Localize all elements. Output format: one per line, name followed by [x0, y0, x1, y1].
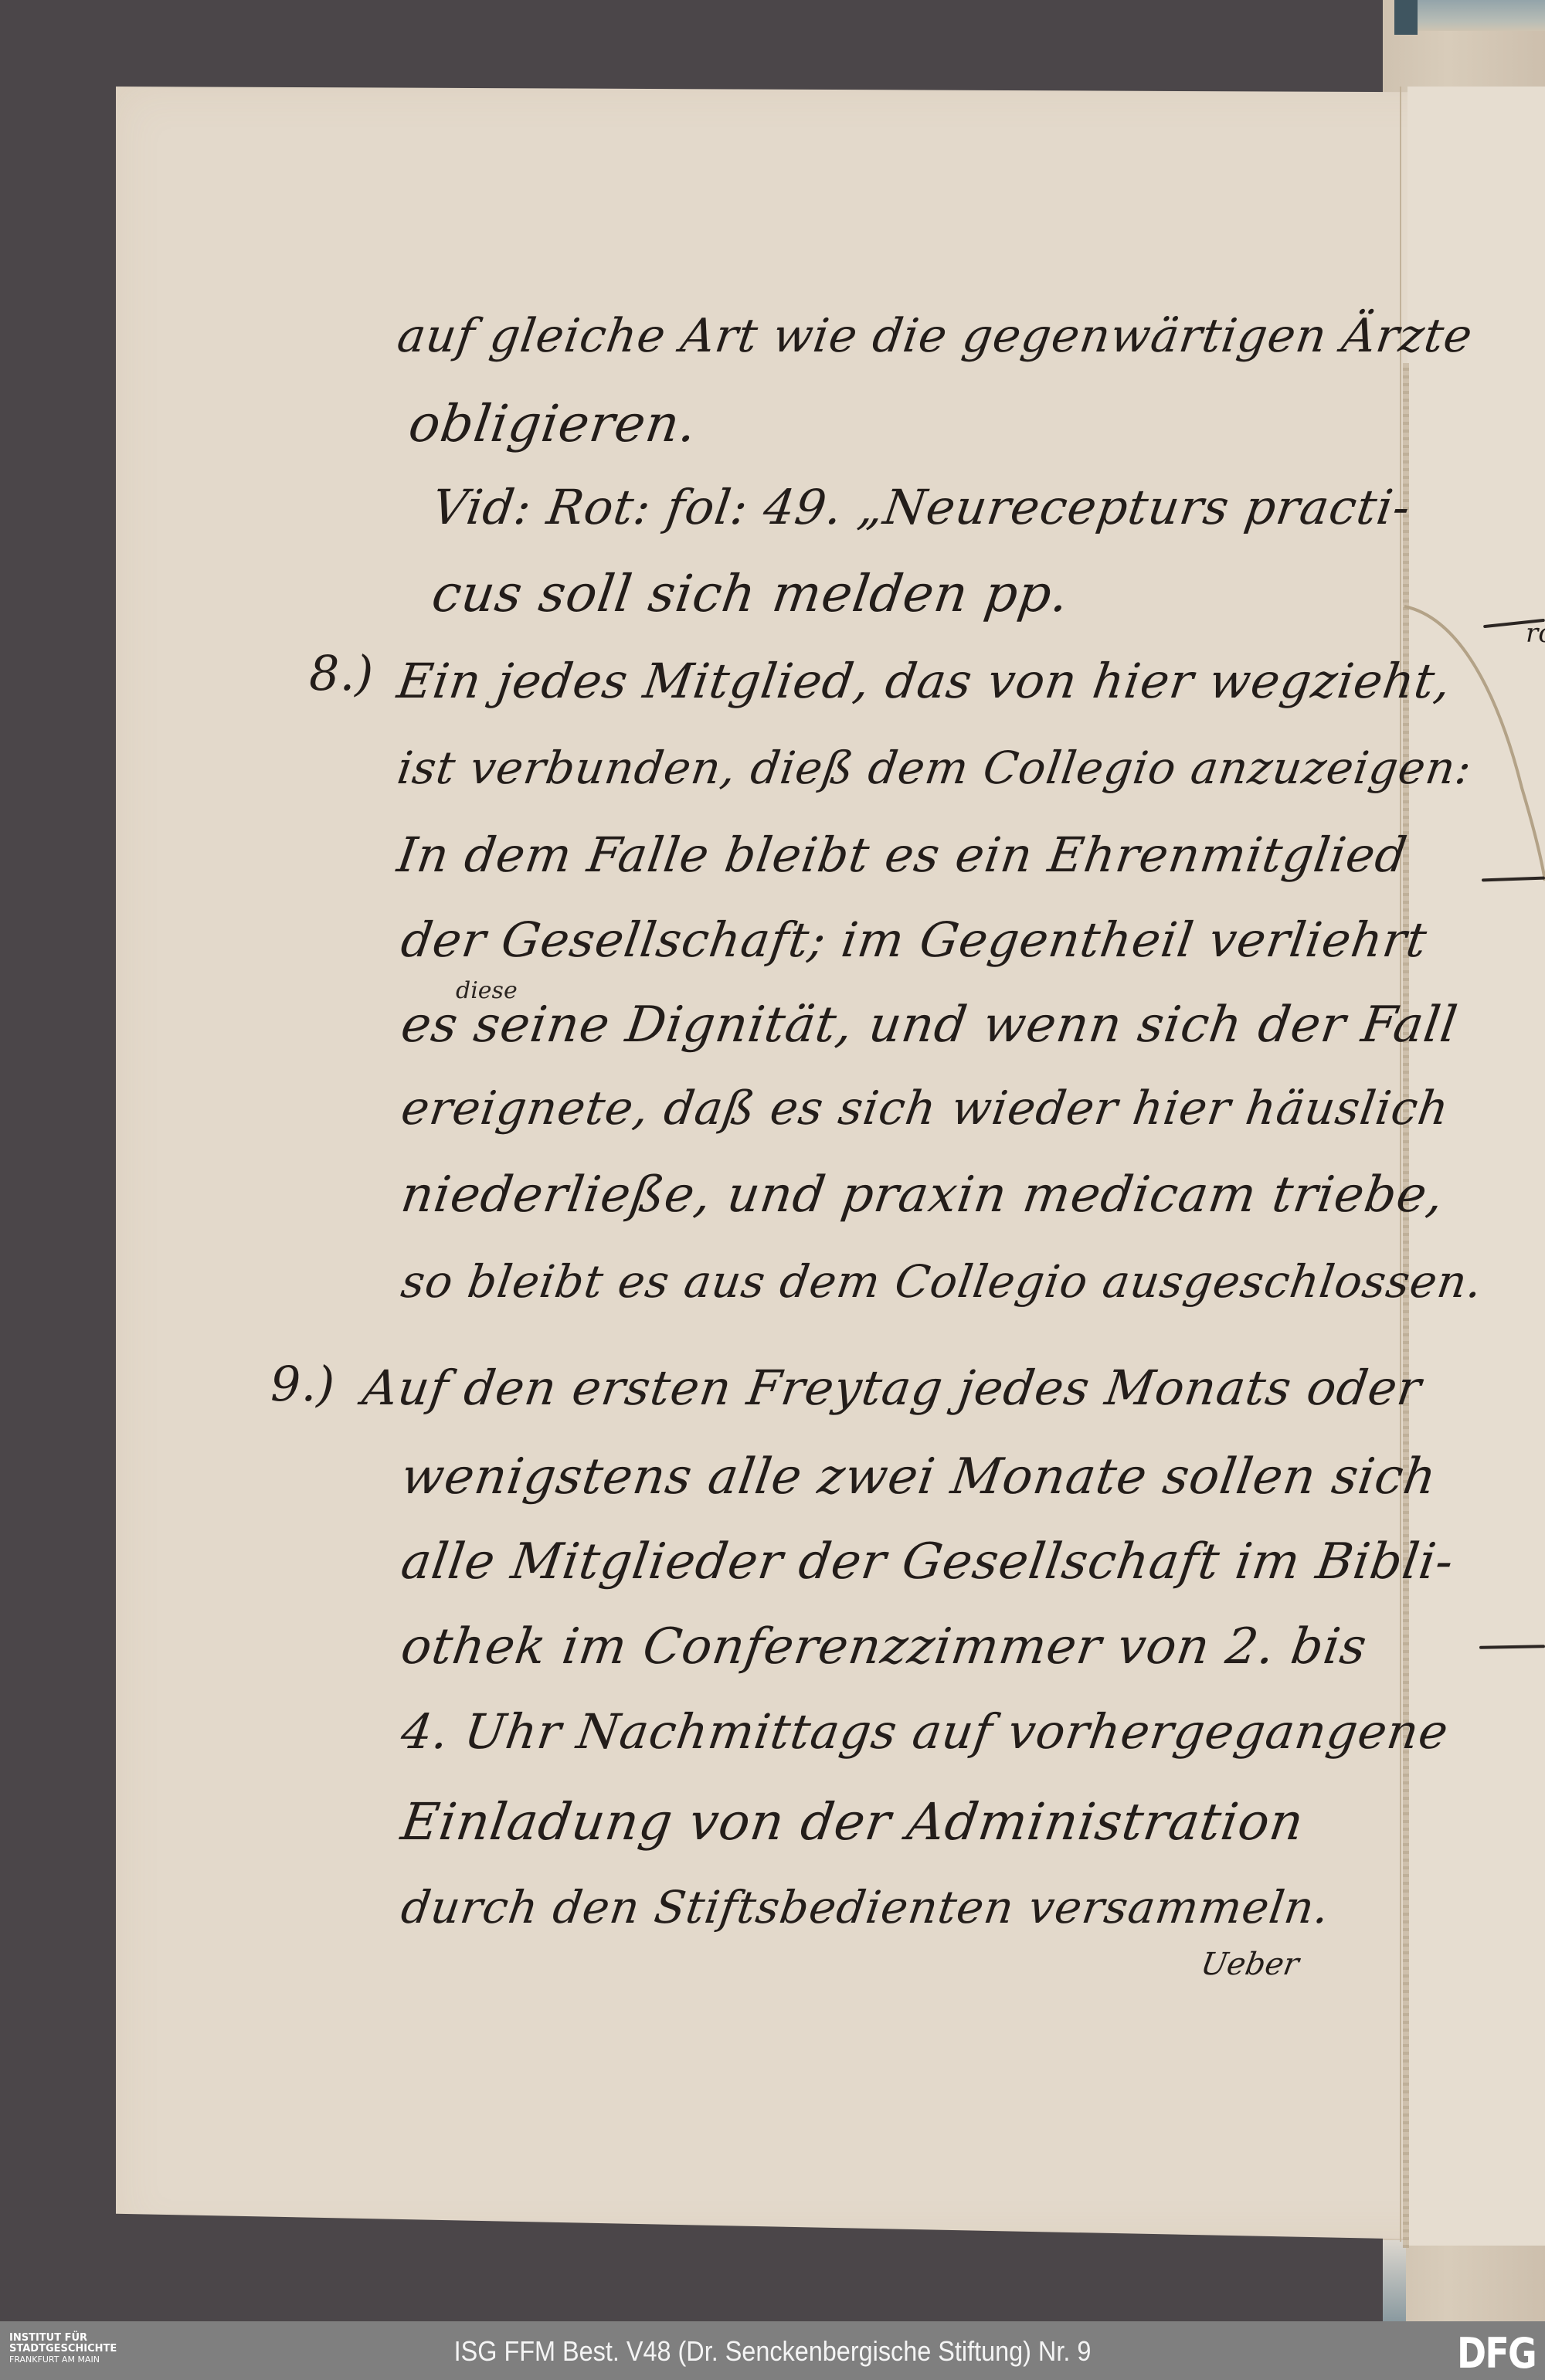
manuscript-line: alle Mitglieder der Gesellschaft im Bibl… — [398, 1533, 1458, 1591]
manuscript-line: es seine Dignität, und wenn sich der Fal… — [398, 996, 1462, 1054]
manuscript-line: Ein jedes Mitglied, das von hier wegzieh… — [394, 653, 1455, 709]
manuscript-line: auf gleiche Art wie die gegenwärtigen Är… — [394, 309, 1476, 363]
dfg-logo: DFG — [1457, 2329, 1536, 2378]
facing-page-fragment: ro — [1526, 618, 1545, 649]
manuscript-line: so bleibt es aus dem Collegio ausgeschlo… — [398, 1255, 1486, 1308]
archive-signature: ISG FFM Best. V48 (Dr. Senckenbergische … — [77, 2335, 1468, 2368]
manuscript-line: ist verbunden, dieß dem Collegio anzuzei… — [394, 742, 1475, 794]
section-number-8: 8.) — [309, 645, 373, 701]
page-fold — [1400, 87, 1401, 2242]
manuscript-line: othek im Conferenzzimmer von 2. bis — [398, 1618, 1370, 1676]
manuscript-line: In dem Falle bleibt es ein Ehrenmitglied — [394, 827, 1411, 883]
binding-cloth-bottom — [1383, 2240, 1406, 2321]
manuscript-line: niederließe, und praxin medicam triebe, — [398, 1166, 1448, 1224]
archive-footer-bar: INSTITUT FÜR STADTGESCHICHTE FRANKFURT A… — [0, 2321, 1545, 2380]
manuscript-line: 4. Uhr Nachmittags auf vorhergegangene — [398, 1703, 1452, 1760]
manuscript-line: durch den Stiftsbedienten versammeln. — [398, 1881, 1333, 1934]
manuscript-line: der Gesellschaft; im Gegentheil verliehr… — [398, 912, 1431, 968]
manuscript-line: wenigstens alle zwei Monate sollen sich — [398, 1448, 1441, 1506]
binding-cloth-tab — [1394, 0, 1418, 35]
manuscript-line: ereignete, daß es sich wieder hier häusl… — [398, 1081, 1452, 1136]
binding-cloth — [1418, 0, 1545, 31]
catchword: Ueber — [1198, 1947, 1302, 1982]
manuscript-line: obligieren. — [406, 394, 701, 453]
manuscript-line: Vid: Rot: fol: 49. „Neurecepturs practi- — [429, 479, 1414, 535]
manuscript-line: cus soll sich melden pp. — [429, 564, 1073, 623]
manuscript-line: Auf den ersten Freytag jedes Monats oder — [359, 1360, 1425, 1416]
section-number-9: 9.) — [270, 1356, 334, 1412]
manuscript-line: Einladung von der Administration — [398, 1792, 1308, 1852]
